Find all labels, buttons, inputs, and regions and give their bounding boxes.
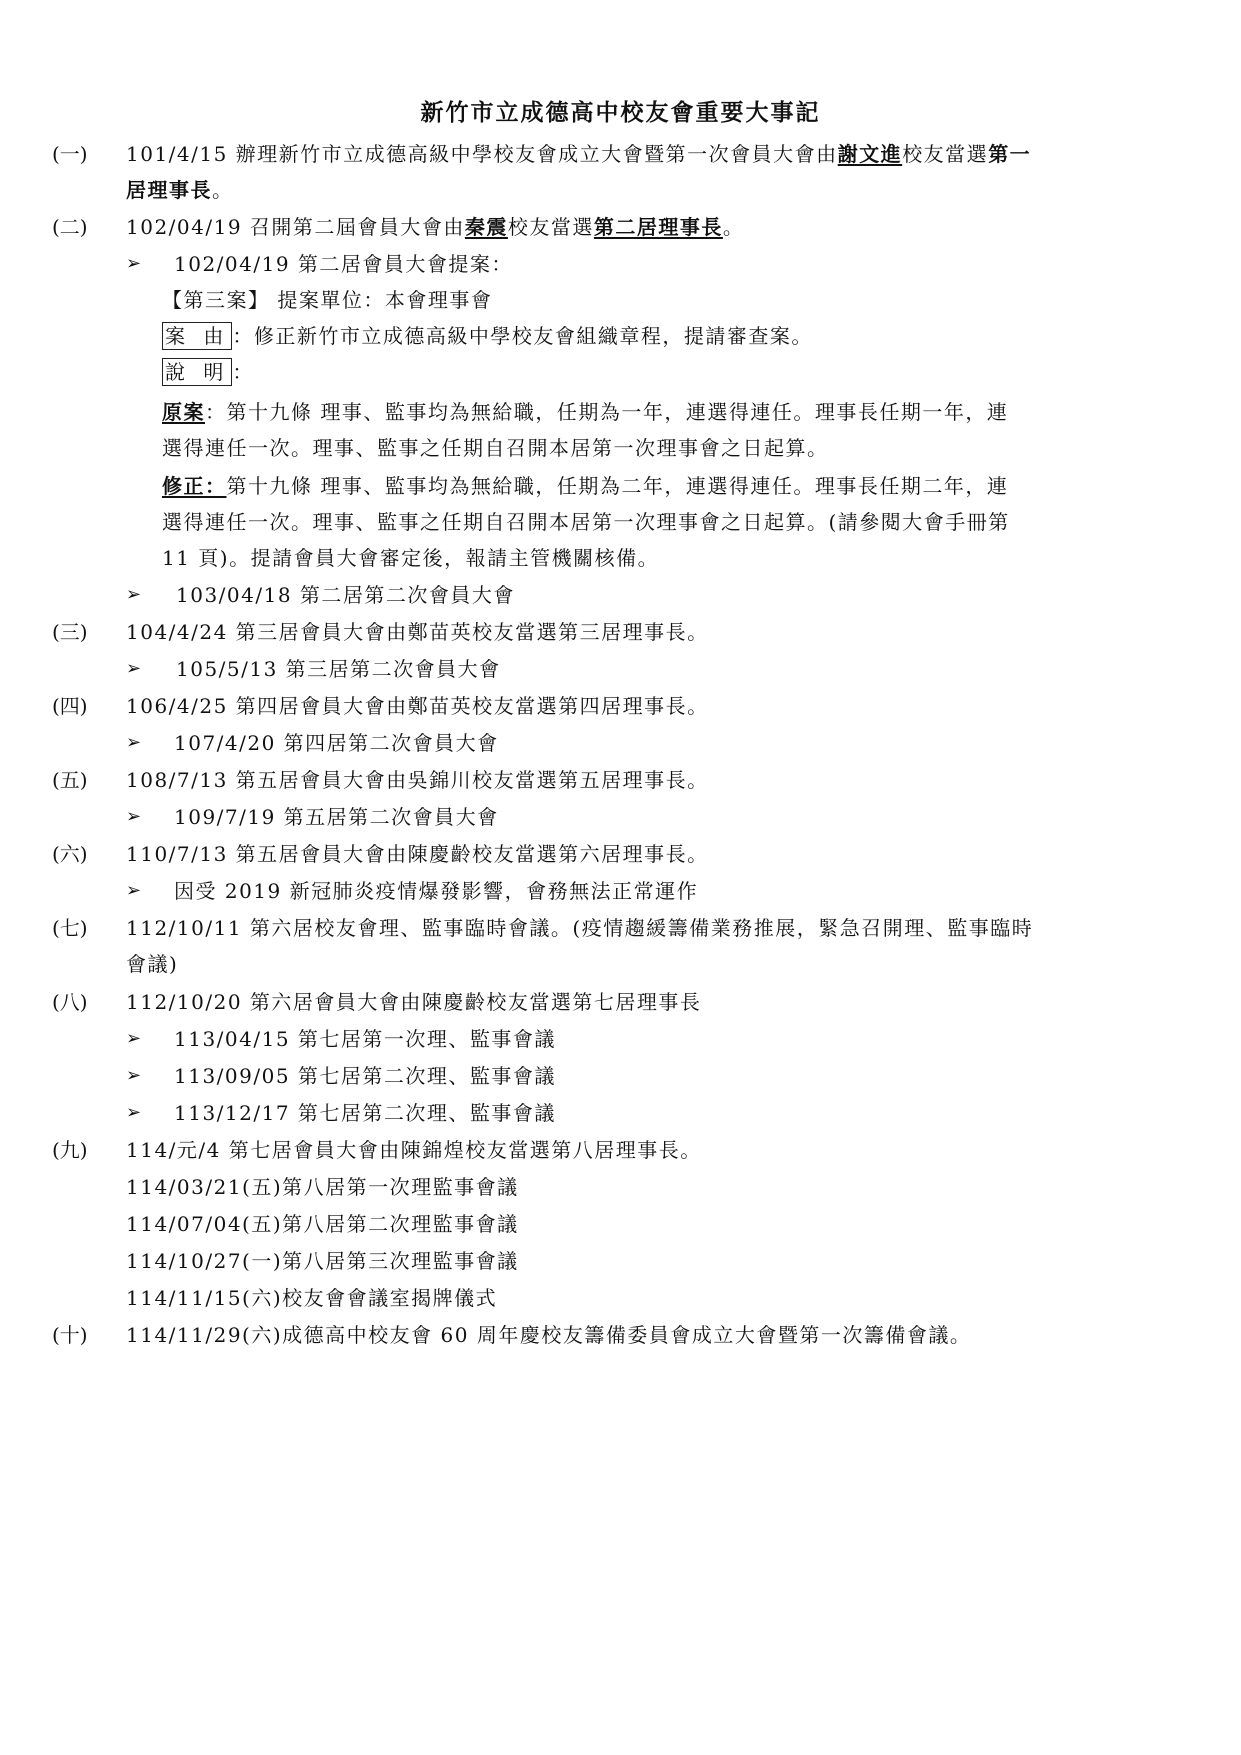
item-number-6: (六) (52, 840, 88, 868)
item-2-bullet-1: 102/04/19 第二居會員大會提案： (174, 250, 513, 278)
item-1-text: 101/4/15 辦理新竹市立成德高級中學校友會成立大會暨第一次會員大會由 (126, 142, 838, 166)
item-number-2: (二) (52, 213, 88, 241)
item-1-bold-end: 第一 (988, 142, 1031, 166)
item-9-subline-3: 114/10/27(一)第八居第三次理監事會議 (126, 1247, 519, 1275)
item-9-text: 114/元/4 第七居會員大會由陳錦煌校友當選第八居理事長。 (126, 1136, 702, 1164)
item-1-line-2: 居理事長。 (126, 176, 234, 204)
item-number-8: (八) (52, 988, 88, 1016)
item-3-bullet-1: 105/5/13 第三居第二次會員大會 (176, 655, 501, 683)
original-line-1: 原案：第十九條 理事、監事均為無給職，任期為一年，連選得連任。理事長任期一年，連 (162, 398, 1008, 426)
document-page: 新竹市立成德高中校友會重要大事記 (一) 101/4/15 辦理新竹市立成德高級… (0, 0, 1241, 1755)
item-2-text: 102/04/19 召開第二屆會員大會由 (126, 215, 465, 239)
original-line-2: 選得連任一次。理事、監事之任期自召開本居第一次理事會之日起算。 (162, 434, 829, 462)
item-9-subline-2: 114/07/04(五)第八居第二次理監事會議 (126, 1210, 519, 1238)
amend-text-1: 第十九條 理事、監事均為無給職，任期為二年，連選得連任。理事長任期二年，連 (227, 474, 1009, 498)
item-1-post: 。 (212, 178, 234, 202)
arrow-bullet-icon: ➢ (126, 655, 141, 683)
original-text-1: ：第十九條 理事、監事均為無給職，任期為一年，連選得連任。理事長任期一年，連 (205, 400, 1008, 424)
item-2-mid: 校友當選 (508, 215, 594, 239)
item-7-line-1: 112/10/11 第六居校友會理、監事臨時會議。(疫情趨緩籌備業務推展，緊急召… (126, 914, 1033, 942)
arrow-bullet-icon: ➢ (126, 803, 141, 831)
item-1-name: 謝文進 (838, 142, 903, 166)
item-number-5: (五) (52, 766, 88, 794)
item-7-line-2: 會議) (126, 950, 178, 978)
item-4-text: 106/4/25 第四居會員大會由鄭苗英校友當選第四居理事長。 (126, 692, 709, 720)
explain-text: ： (232, 360, 254, 384)
item-number-9: (九) (52, 1136, 88, 1164)
item-2-bullet-2: 103/04/18 第二居第二次會員大會 (176, 581, 515, 609)
item-number-7: (七) (52, 914, 88, 942)
item-6-text: 110/7/13 第五居會員大會由陳慶齡校友當選第六居理事長。 (126, 840, 709, 868)
arrow-bullet-icon: ➢ (126, 1099, 141, 1127)
case-reason: 案 由：修正新竹市立成德高級中學校友會組織章程，提請審查案。 (162, 322, 813, 350)
reason-text: ：修正新竹市立成德高級中學校友會組織章程，提請審查案。 (232, 324, 813, 348)
amend-label: 修正： (162, 474, 227, 498)
item-8-bullet-3: 113/12/17 第七居第二次理、監事會議 (174, 1099, 556, 1127)
item-9-subline-4: 114/11/15(六)校友會會議室揭牌儀式 (126, 1284, 497, 1312)
item-1-mid: 校友當選 (902, 142, 988, 166)
reason-label-box: 案 由 (162, 322, 232, 350)
amend-line-2: 選得連任一次。理事、監事之任期自召開本居第一次理事會之日起算。(請參閱大會手冊第 (162, 508, 1010, 536)
item-8-text: 112/10/20 第六居會員大會由陳慶齡校友當選第七居理事長 (126, 988, 701, 1016)
page-title: 新竹市立成德高中校友會重要大事記 (0, 94, 1241, 127)
item-number-3: (三) (52, 618, 88, 646)
item-9-subline-1: 114/03/21(五)第八居第一次理監事會議 (126, 1173, 519, 1201)
item-2-post: 。 (723, 215, 745, 239)
item-4-bullet-1: 107/4/20 第四居第二次會員大會 (174, 729, 499, 757)
item-number-4: (四) (52, 692, 88, 720)
case-title: 【第三案】 提案單位：本會理事會 (162, 286, 492, 314)
item-1-bold: 居理事長 (126, 178, 212, 202)
arrow-bullet-icon: ➢ (126, 1062, 141, 1090)
item-number-10: (十) (52, 1321, 88, 1349)
item-5-bullet-1: 109/7/19 第五居第二次會員大會 (174, 803, 499, 831)
item-8-bullet-2: 113/09/05 第七居第二次理、監事會議 (174, 1062, 556, 1090)
amend-line-1: 修正：第十九條 理事、監事均為無給職，任期為二年，連選得連任。理事長任期二年，連 (162, 472, 1008, 500)
item-2-name: 秦震 (465, 215, 508, 239)
arrow-bullet-icon: ➢ (126, 877, 141, 905)
item-2-bold: 第二居理事長 (594, 215, 723, 239)
item-8-bullet-1: 113/04/15 第七居第一次理、監事會議 (174, 1025, 556, 1053)
arrow-bullet-icon: ➢ (126, 581, 141, 609)
item-number-1: (一) (52, 140, 88, 168)
original-label: 原案 (162, 400, 205, 424)
item-3-text: 104/4/24 第三居會員大會由鄭苗英校友當選第三居理事長。 (126, 618, 709, 646)
item-6-bullet-1: 因受 2019 新冠肺炎疫情爆發影響，會務無法正常運作 (174, 877, 698, 905)
item-5-text: 108/7/13 第五居會員大會由吳錦川校友當選第五居理事長。 (126, 766, 709, 794)
item-2-line: 102/04/19 召開第二屆會員大會由秦震校友當選第二居理事長。 (126, 213, 744, 241)
explain-label-box: 說 明 (162, 358, 232, 386)
arrow-bullet-icon: ➢ (126, 729, 141, 757)
case-explain: 說 明： (162, 358, 254, 386)
amend-line-3: 11 頁)。提請會員大會審定後，報請主管機關核備。 (162, 544, 659, 572)
item-1-line-1: 101/4/15 辦理新竹市立成德高級中學校友會成立大會暨第一次會員大會由謝文進… (126, 140, 1031, 168)
arrow-bullet-icon: ➢ (126, 1025, 141, 1053)
arrow-bullet-icon: ➢ (126, 250, 141, 278)
item-10-text: 114/11/29(六)成德高中校友會 60 周年慶校友籌備委員會成立大會暨第一… (126, 1321, 971, 1349)
